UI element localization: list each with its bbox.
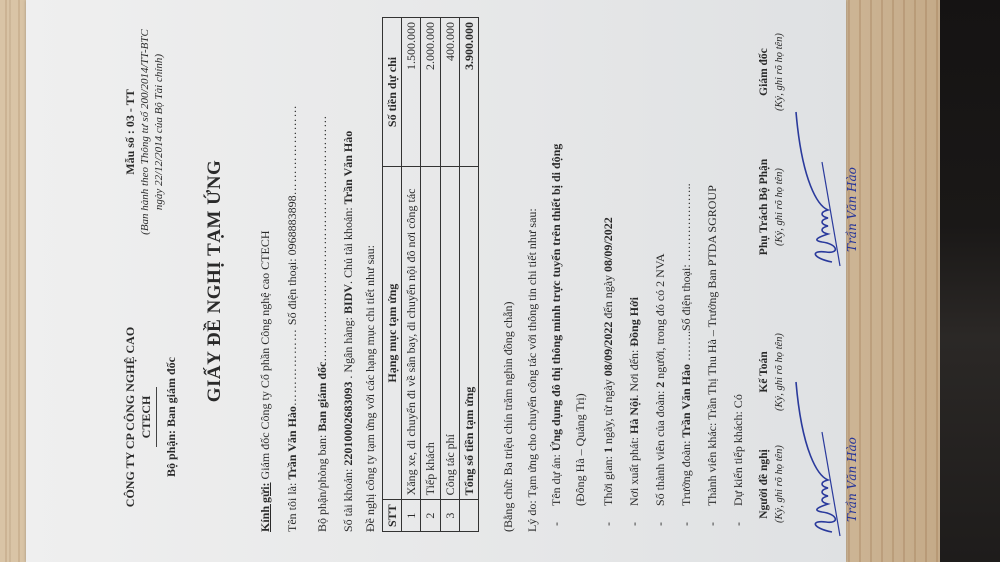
- handwritten-signature-department-head: [792, 102, 852, 272]
- reason-line: Lý do: Tạm ứng cho chuyến công tác với t…: [524, 12, 540, 532]
- signature-requester: Người đề nghị (Ký, ghi rõ họ tên): [757, 424, 787, 544]
- signature-director: Giám đốc (Ký, ghi rõ họ tên): [757, 12, 787, 132]
- table-total-row: Tổng số tiền tạm ứng 3.900.000: [459, 18, 478, 532]
- company-name-line1: CÔNG TY CP CÔNG NGHỆ CAO: [122, 302, 138, 532]
- handwritten-name-department-head: Trần Văn Hào: [844, 167, 860, 252]
- recipient-line: Kính gửi: Giám đốc Công ty Cổ phần Công …: [257, 12, 273, 532]
- project-location: (Đông Hà – Quảng Trị): [572, 0, 588, 506]
- table-row: 3 Công tác phí 400.000: [440, 18, 459, 532]
- company-department: Bộ phận: Ban giám đốc: [163, 302, 179, 532]
- company-name-line2: CTECH: [138, 302, 154, 532]
- header-stt: STT: [383, 500, 402, 532]
- table-row: 2 Tiếp khách 2.000.000: [421, 18, 440, 532]
- header-amount: Số tiền dự chi: [383, 18, 402, 167]
- department-line: Bộ phận/phòng ban: Ban giám đốc…………………………: [314, 12, 330, 532]
- form-number-block: Mẫu số : 03 - TT (Ban hành theo Thông tư…: [122, 2, 167, 262]
- route-line: -Nơi xuất phát: Hà Nội. Nơi đến: Đồng Hớ…: [626, 12, 642, 532]
- form-issued-line1: (Ban hành theo Thông tư số 200/2014/TT-B…: [138, 2, 152, 262]
- leader-line: -Trưởng đoàn: Trần Văn Hào ……..Số điện t…: [678, 12, 694, 532]
- company-header: CÔNG TY CP CÔNG NGHỆ CAO CTECH Bộ phận: …: [122, 302, 180, 532]
- form-number: Mẫu số : 03 - TT: [122, 2, 138, 262]
- dark-cloth-background: [940, 0, 1000, 562]
- handwritten-signature-requester: [792, 372, 852, 542]
- name-phone-line: Tên tôi là: Trần Văn Hào……………… Số điện t…: [284, 12, 300, 532]
- members-line: -Số thành viên của đoàn: 2 người, trong …: [652, 12, 668, 532]
- advance-items-table: STT Hạng mục tạm ứng Số tiền dự chi 1 Xă…: [382, 17, 479, 532]
- advance-request-form: CÔNG TY CP CÔNG NGHỆ CAO CTECH Bộ phận: …: [52, 0, 872, 562]
- time-line: -Thời gian: 1 ngày, từ ngày 08/09/2022 đ…: [600, 12, 616, 532]
- total-amount: 3.900.000: [459, 18, 478, 167]
- other-members-line: -Thành viên khác: Trần Thị Thu Hà – Trưở…: [704, 12, 720, 532]
- table-row: 1 Xăng xe, di chuyển đi về sân bay, di c…: [402, 18, 421, 532]
- handwritten-name-requester: Trần Văn Hào: [844, 437, 860, 522]
- bank-account-line: Số tài khoản: 22010002683093 . Ngân hàng…: [340, 12, 356, 532]
- document-title: GIẤY ĐỀ NGHỊ TẠM ỨNG: [202, 0, 228, 562]
- paper-sheet: CÔNG TY CP CÔNG NGHỆ CAO CTECH Bộ phận: …: [26, 0, 846, 562]
- guests-line: -Dự kiến tiếp khách: Có: [730, 12, 746, 532]
- table-header-row: STT Hạng mục tạm ứng Số tiền dự chi: [383, 18, 402, 532]
- project-line: -Tên dự án: Ứng dụng đô thị thông minh t…: [548, 12, 564, 532]
- amount-in-words: (Bằng chữ: Ba triệu chín trăm nghìn đồng…: [500, 12, 516, 532]
- form-issued-line2: ngày 22/12/2014 của Bộ Tài chính): [152, 2, 166, 262]
- signature-department-head: Phụ Trách Bộ Phận (Ký, ghi rõ họ tên): [757, 142, 787, 272]
- header-item: Hạng mục tạm ứng: [383, 167, 402, 500]
- company-divider: [156, 387, 157, 447]
- request-intro: Đề nghị công ty tạm ứng với các hạng mục…: [362, 12, 378, 532]
- total-label: Tổng số tiền tạm ứng: [459, 167, 478, 500]
- signature-accountant: Kế Toán (Ký, ghi rõ họ tên): [757, 312, 787, 432]
